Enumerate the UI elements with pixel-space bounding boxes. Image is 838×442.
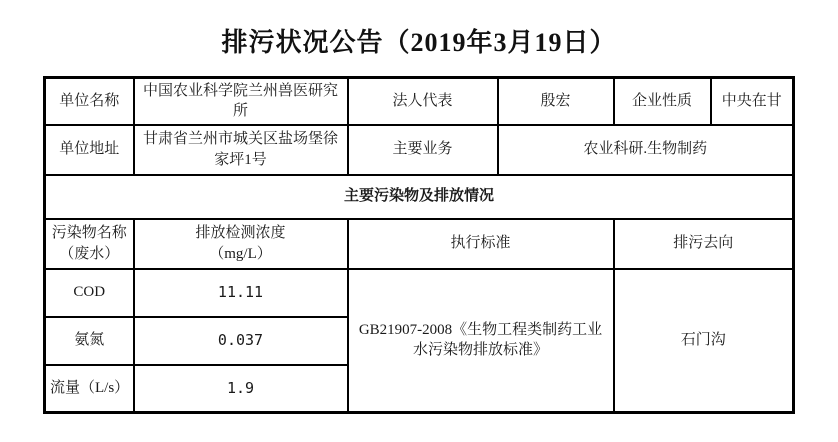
- pollutant-value-flow: 1.9: [134, 365, 348, 413]
- unit-name-label: 单位名称: [45, 78, 134, 125]
- pollution-section-title: 主要污染物及排放情况: [45, 175, 794, 219]
- table-row-column-headers: 污染物名称 （废水） 排放检测浓度 （mg/L） 执行标准 排污去向: [45, 219, 794, 269]
- pollutant-name-header-line1: 污染物名称: [50, 223, 129, 243]
- pollution-report-table: 单位名称 中国农业科学院兰州兽医研究所 法人代表 殷宏 企业性质 中央在甘 单位…: [43, 76, 795, 414]
- pollutant-value-ammonia: 0.037: [134, 317, 348, 365]
- page-title: 排污状况公告（2019年3月19日）: [0, 0, 838, 59]
- concentration-header-line2: （mg/L）: [139, 244, 343, 264]
- standard-value: GB21907-2008《生物工程类制药工业水污染物排放标准》: [348, 269, 614, 413]
- pollutant-name-flow: 流量（L/s）: [45, 365, 134, 413]
- pollutant-name-header-line2: （废水）: [50, 244, 129, 264]
- enterprise-type-value: 中央在甘: [711, 78, 794, 125]
- unit-name-value: 中国农业科学院兰州兽医研究所: [134, 78, 348, 125]
- column-header-concentration: 排放检测浓度 （mg/L）: [134, 219, 348, 269]
- concentration-header-line1: 排放检测浓度: [139, 223, 343, 243]
- table-row-section-header: 主要污染物及排放情况: [45, 175, 794, 219]
- destination-value: 石门沟: [614, 269, 794, 413]
- pollutant-name-cod: COD: [45, 269, 134, 317]
- unit-address-value: 甘肃省兰州市城关区盐场堡徐家坪1号: [134, 125, 348, 175]
- table-row-cod: COD 11.11 GB21907-2008《生物工程类制药工业水污染物排放标准…: [45, 269, 794, 317]
- column-header-standard: 执行标准: [348, 219, 614, 269]
- main-business-value: 农业科研.生物制药: [498, 125, 794, 175]
- pollutant-value-cod: 11.11: [134, 269, 348, 317]
- table-row-unit-info: 单位名称 中国农业科学院兰州兽医研究所 法人代表 殷宏 企业性质 中央在甘: [45, 78, 794, 125]
- column-header-destination: 排污去向: [614, 219, 794, 269]
- legal-rep-label: 法人代表: [348, 78, 498, 125]
- unit-address-label: 单位地址: [45, 125, 134, 175]
- pollutant-name-ammonia: 氨氮: [45, 317, 134, 365]
- enterprise-type-label: 企业性质: [614, 78, 711, 125]
- main-business-label: 主要业务: [348, 125, 498, 175]
- legal-rep-value: 殷宏: [498, 78, 614, 125]
- announcement-document: 排污状况公告（2019年3月19日） 单位名称 中国农业科学院兰州兽医研究所 法…: [0, 0, 838, 442]
- column-header-pollutant-name: 污染物名称 （废水）: [45, 219, 134, 269]
- table-row-address-business: 单位地址 甘肃省兰州市城关区盐场堡徐家坪1号 主要业务 农业科研.生物制药: [45, 125, 794, 175]
